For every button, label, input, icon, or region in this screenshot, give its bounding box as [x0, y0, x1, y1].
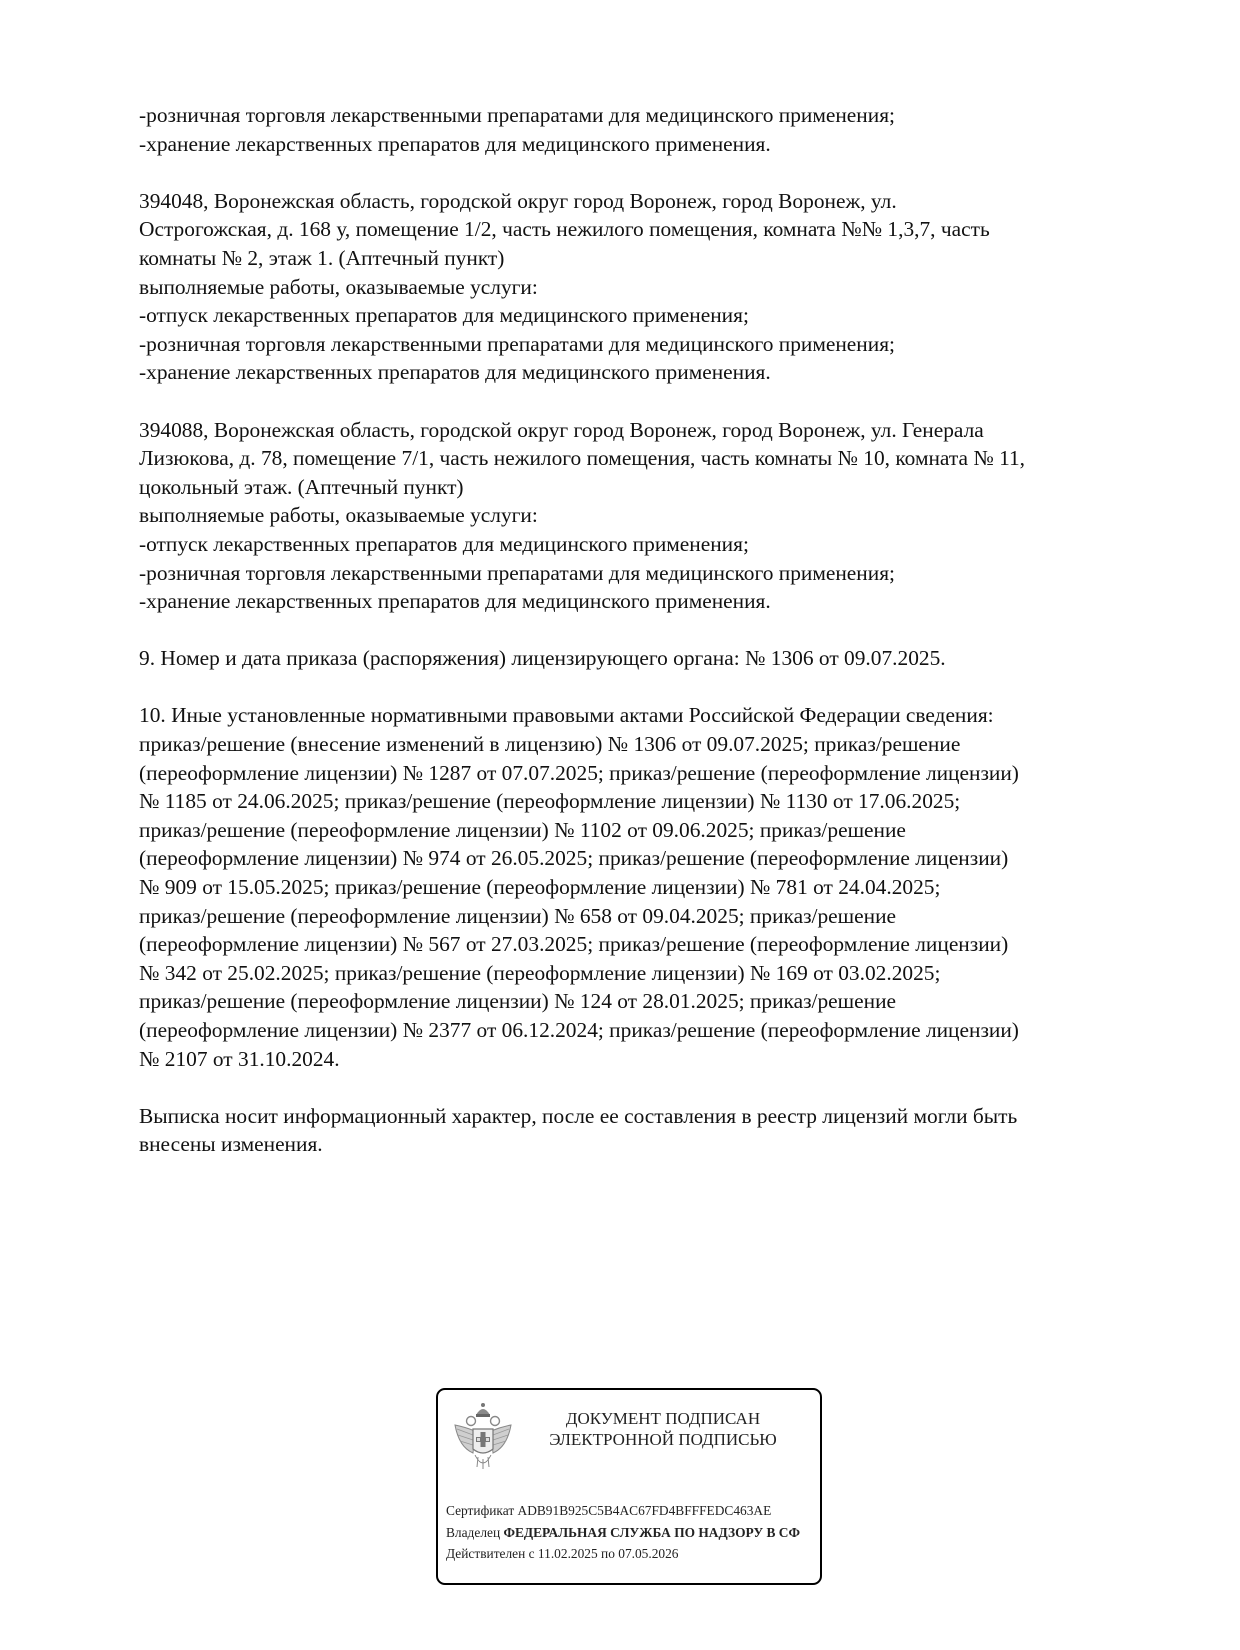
- text-line: выполняемые работы, оказываемые услуги:: [139, 273, 1139, 302]
- text-line: приказ/решение (переоформление лицензии)…: [139, 902, 1139, 931]
- text-line: -отпуск лекарственных препаратов для мед…: [139, 530, 1139, 559]
- text-line: 394088, Воронежская область, городской о…: [139, 416, 1139, 445]
- owner-label: Владелец: [446, 1525, 500, 1540]
- text-line: -хранение лекарственных препаратов для м…: [139, 358, 1139, 387]
- certificate-value: ADB91B925C5B4AC67FD4BFFFEDC463AE: [518, 1503, 772, 1518]
- text-line: (переоформление лицензии) № 974 от 26.05…: [139, 844, 1139, 873]
- text-line: Выписка носит информационный характер, п…: [139, 1102, 1139, 1131]
- text-block-section-9: 9. Номер и дата приказа (распоряжения) л…: [139, 644, 1139, 673]
- text-line: Лизюкова, д. 78, помещение 7/1, часть не…: [139, 444, 1139, 473]
- certificate-row: Сертификат ADB91B925C5B4AC67FD4BFFFEDC46…: [446, 1500, 822, 1522]
- text-line: цокольный этаж. (Аптечный пункт): [139, 473, 1139, 502]
- text-line: 10. Иные установленные нормативными прав…: [139, 701, 1139, 730]
- stamp-details: Сертификат ADB91B925C5B4AC67FD4BFFFEDC46…: [446, 1500, 822, 1565]
- text-line: Острогожская, д. 168 у, помещение 1/2, ч…: [139, 215, 1139, 244]
- text-line: (переоформление лицензии) № 2377 от 06.1…: [139, 1016, 1139, 1045]
- owner-row: Владелец ФЕДЕРАЛЬНАЯ СЛУЖБА ПО НАДЗОРУ В…: [446, 1522, 822, 1544]
- text-line: внесены изменения.: [139, 1130, 1139, 1159]
- text-line: приказ/решение (переоформление лицензии)…: [139, 816, 1139, 845]
- text-block-section-10: 10. Иные установленные нормативными прав…: [139, 701, 1139, 1073]
- russian-coat-of-arms-icon: [451, 1399, 515, 1474]
- text-line: -отпуск лекарственных препаратов для мед…: [139, 301, 1139, 330]
- text-line: -розничная торговля лекарственными препа…: [139, 559, 1139, 588]
- stamp-title-line-2: ЭЛЕКТРОННОЙ ПОДПИСЬЮ: [528, 1429, 798, 1450]
- text-block-address-394048: 394048, Воронежская область, городской о…: [139, 187, 1139, 387]
- validity-value: с 11.02.2025 по 07.05.2026: [529, 1546, 679, 1561]
- text-line: № 909 от 15.05.2025; приказ/решение (пер…: [139, 873, 1139, 902]
- owner-value: ФЕДЕРАЛЬНАЯ СЛУЖБА ПО НАДЗОРУ В СФ: [503, 1525, 800, 1540]
- text-line: -розничная торговля лекарственными препа…: [139, 330, 1139, 359]
- text-line: -хранение лекарственных препаратов для м…: [139, 587, 1139, 616]
- text-block-address-394088: 394088, Воронежская область, городской о…: [139, 416, 1139, 616]
- text-block-disclaimer: Выписка носит информационный характер, п…: [139, 1102, 1139, 1159]
- text-line: комнаты № 2, этаж 1. (Аптечный пункт): [139, 244, 1139, 273]
- text-line: выполняемые работы, оказываемые услуги:: [139, 501, 1139, 530]
- validity-label: Действителен: [446, 1546, 525, 1561]
- text-line: № 342 от 25.02.2025; приказ/решение (пер…: [139, 959, 1139, 988]
- text-line: № 1185 от 24.06.2025; приказ/решение (пе…: [139, 787, 1139, 816]
- document-page: -розничная торговля лекарственными препа…: [139, 101, 1139, 1188]
- text-line: (переоформление лицензии) № 567 от 27.03…: [139, 930, 1139, 959]
- stamp-title-line-1: ДОКУМЕНТ ПОДПИСАН: [528, 1408, 798, 1429]
- text-line: -розничная торговля лекарственными препа…: [139, 101, 1139, 130]
- certificate-label: Сертификат: [446, 1503, 514, 1518]
- text-line: № 2107 от 31.10.2024.: [139, 1045, 1139, 1074]
- text-line: приказ/решение (переоформление лицензии)…: [139, 987, 1139, 1016]
- text-line: -хранение лекарственных препаратов для м…: [139, 130, 1139, 159]
- text-line: (переоформление лицензии) № 1287 от 07.0…: [139, 759, 1139, 788]
- text-block-services-prev-tail: -розничная торговля лекарственными препа…: [139, 101, 1139, 158]
- electronic-signature-stamp: ДОКУМЕНТ ПОДПИСАН ЭЛЕКТРОННОЙ ПОДПИСЬЮ С…: [436, 1388, 822, 1585]
- validity-row: Действителен с 11.02.2025 по 07.05.2026: [446, 1543, 822, 1565]
- text-line: 394048, Воронежская область, городской о…: [139, 187, 1139, 216]
- text-line: приказ/решение (внесение изменений в лиц…: [139, 730, 1139, 759]
- text-line: 9. Номер и дата приказа (распоряжения) л…: [139, 644, 1139, 673]
- stamp-title: ДОКУМЕНТ ПОДПИСАН ЭЛЕКТРОННОЙ ПОДПИСЬЮ: [528, 1408, 798, 1450]
